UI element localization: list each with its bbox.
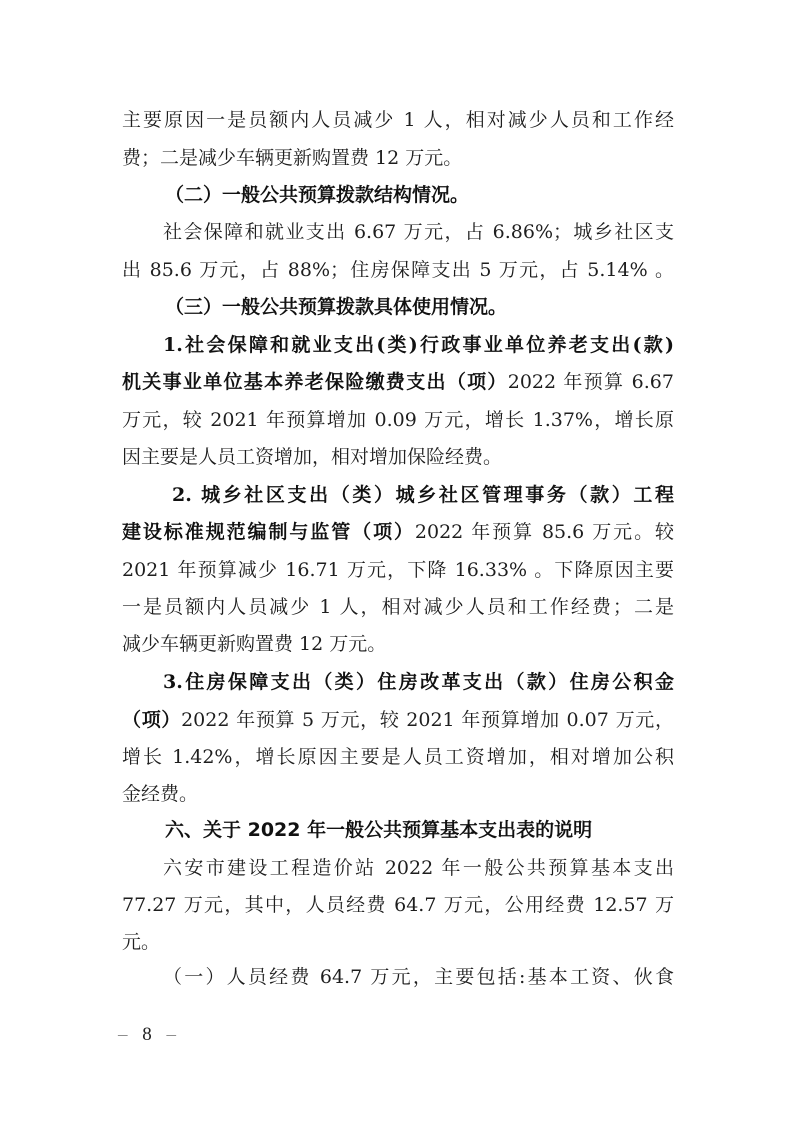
paragraph-line: 六安市建设工程造价站 2022 年一般公共预算基本支出 xyxy=(163,853,674,883)
paragraph-line: （项）2022 年预算 5 万元，较 2021 年预算增加 0.07 万元， xyxy=(122,705,674,735)
section-subheading: （三）一般公共预算拨款具体使用情况。 xyxy=(165,292,507,322)
item-title-line: 2. 城乡社区支出（类）城乡社区管理事务（款）工程 xyxy=(172,480,674,510)
item-title-fragment: （项） xyxy=(122,709,181,731)
paragraph-line: 2021 年预算减少 16.71 万元，下降 16.33% 。下降原因主要 xyxy=(122,555,674,585)
item-title-fragment: 建设标准规范编制与监管（项） xyxy=(122,521,415,543)
section-heading: 六、关于 2022 年一般公共预算基本支出表的说明 xyxy=(165,815,592,845)
paragraph-line: （一）人员经费 64.7 万元，主要包括:基本工资、伙食 xyxy=(163,962,674,992)
section-subheading: （二）一般公共预算拨款结构情况。 xyxy=(165,180,469,210)
page-footer: – 8 – xyxy=(118,1022,176,1048)
paragraph-line: 增长 1.42%，增长原因主要是人员工资增加，相对增加公积 xyxy=(122,742,674,772)
paragraph-line: 77.27 万元，其中，人员经费 64.7 万元，公用经费 12.57 万 xyxy=(122,890,674,920)
document-page: 主要原因一是员额内人员减少 1 人，相对减少人员和工作经费；二是减少车辆更新购置… xyxy=(0,0,793,1122)
paragraph-line: 费；二是减少车辆更新购置费 12 万元。 xyxy=(122,143,674,173)
paragraph-line: 减少车辆更新购置费 12 万元。 xyxy=(122,629,674,659)
footer-dash-right: – xyxy=(167,1024,177,1045)
paragraph-line: 建设标准规范编制与监管（项）2022 年预算 85.6 万元。较 xyxy=(122,517,674,547)
paragraph-line: 元。 xyxy=(122,927,674,957)
paragraph-line: 一是员额内人员减少 1 人，相对减少人员和工作经费；二是 xyxy=(122,592,674,622)
paragraph-line: 万元，较 2021 年预算增加 0.09 万元，增长 1.37%，增长原 xyxy=(122,405,674,435)
item-title-line: 1.社会保障和就业支出(类)行政事业单位养老支出(款) xyxy=(163,330,674,360)
item-title-line: 3.住房保障支出（类）住房改革支出（款）住房公积金 xyxy=(163,667,674,697)
paragraph-line: 主要原因一是员额内人员减少 1 人，相对减少人员和工作经 xyxy=(122,105,674,135)
paragraph-line: 出 85.6 万元，占 88%；住房保障支出 5 万元，占 5.14% 。 xyxy=(122,255,674,285)
page-number: 8 xyxy=(142,1024,152,1045)
item-title-fragment: 机关事业单位基本养老保险缴费支出（项） xyxy=(122,371,508,393)
paragraph-fragment: 2022 年预算 6.67 xyxy=(508,371,674,393)
paragraph-fragment: 2022 年预算 5 万元，较 2021 年预算增加 0.07 万元， xyxy=(181,709,674,731)
paragraph-fragment: 2022 年预算 85.6 万元。较 xyxy=(415,521,674,543)
paragraph-line: 金经费。 xyxy=(122,779,674,809)
paragraph-line: 因主要是人员工资增加，相对增加保险经费。 xyxy=(122,442,674,472)
footer-dash-left: – xyxy=(118,1024,128,1045)
paragraph-line: 社会保障和就业支出 6.67 万元，占 6.86%；城乡社区支 xyxy=(163,217,674,247)
paragraph-line: 机关事业单位基本养老保险缴费支出（项）2022 年预算 6.67 xyxy=(122,367,674,397)
